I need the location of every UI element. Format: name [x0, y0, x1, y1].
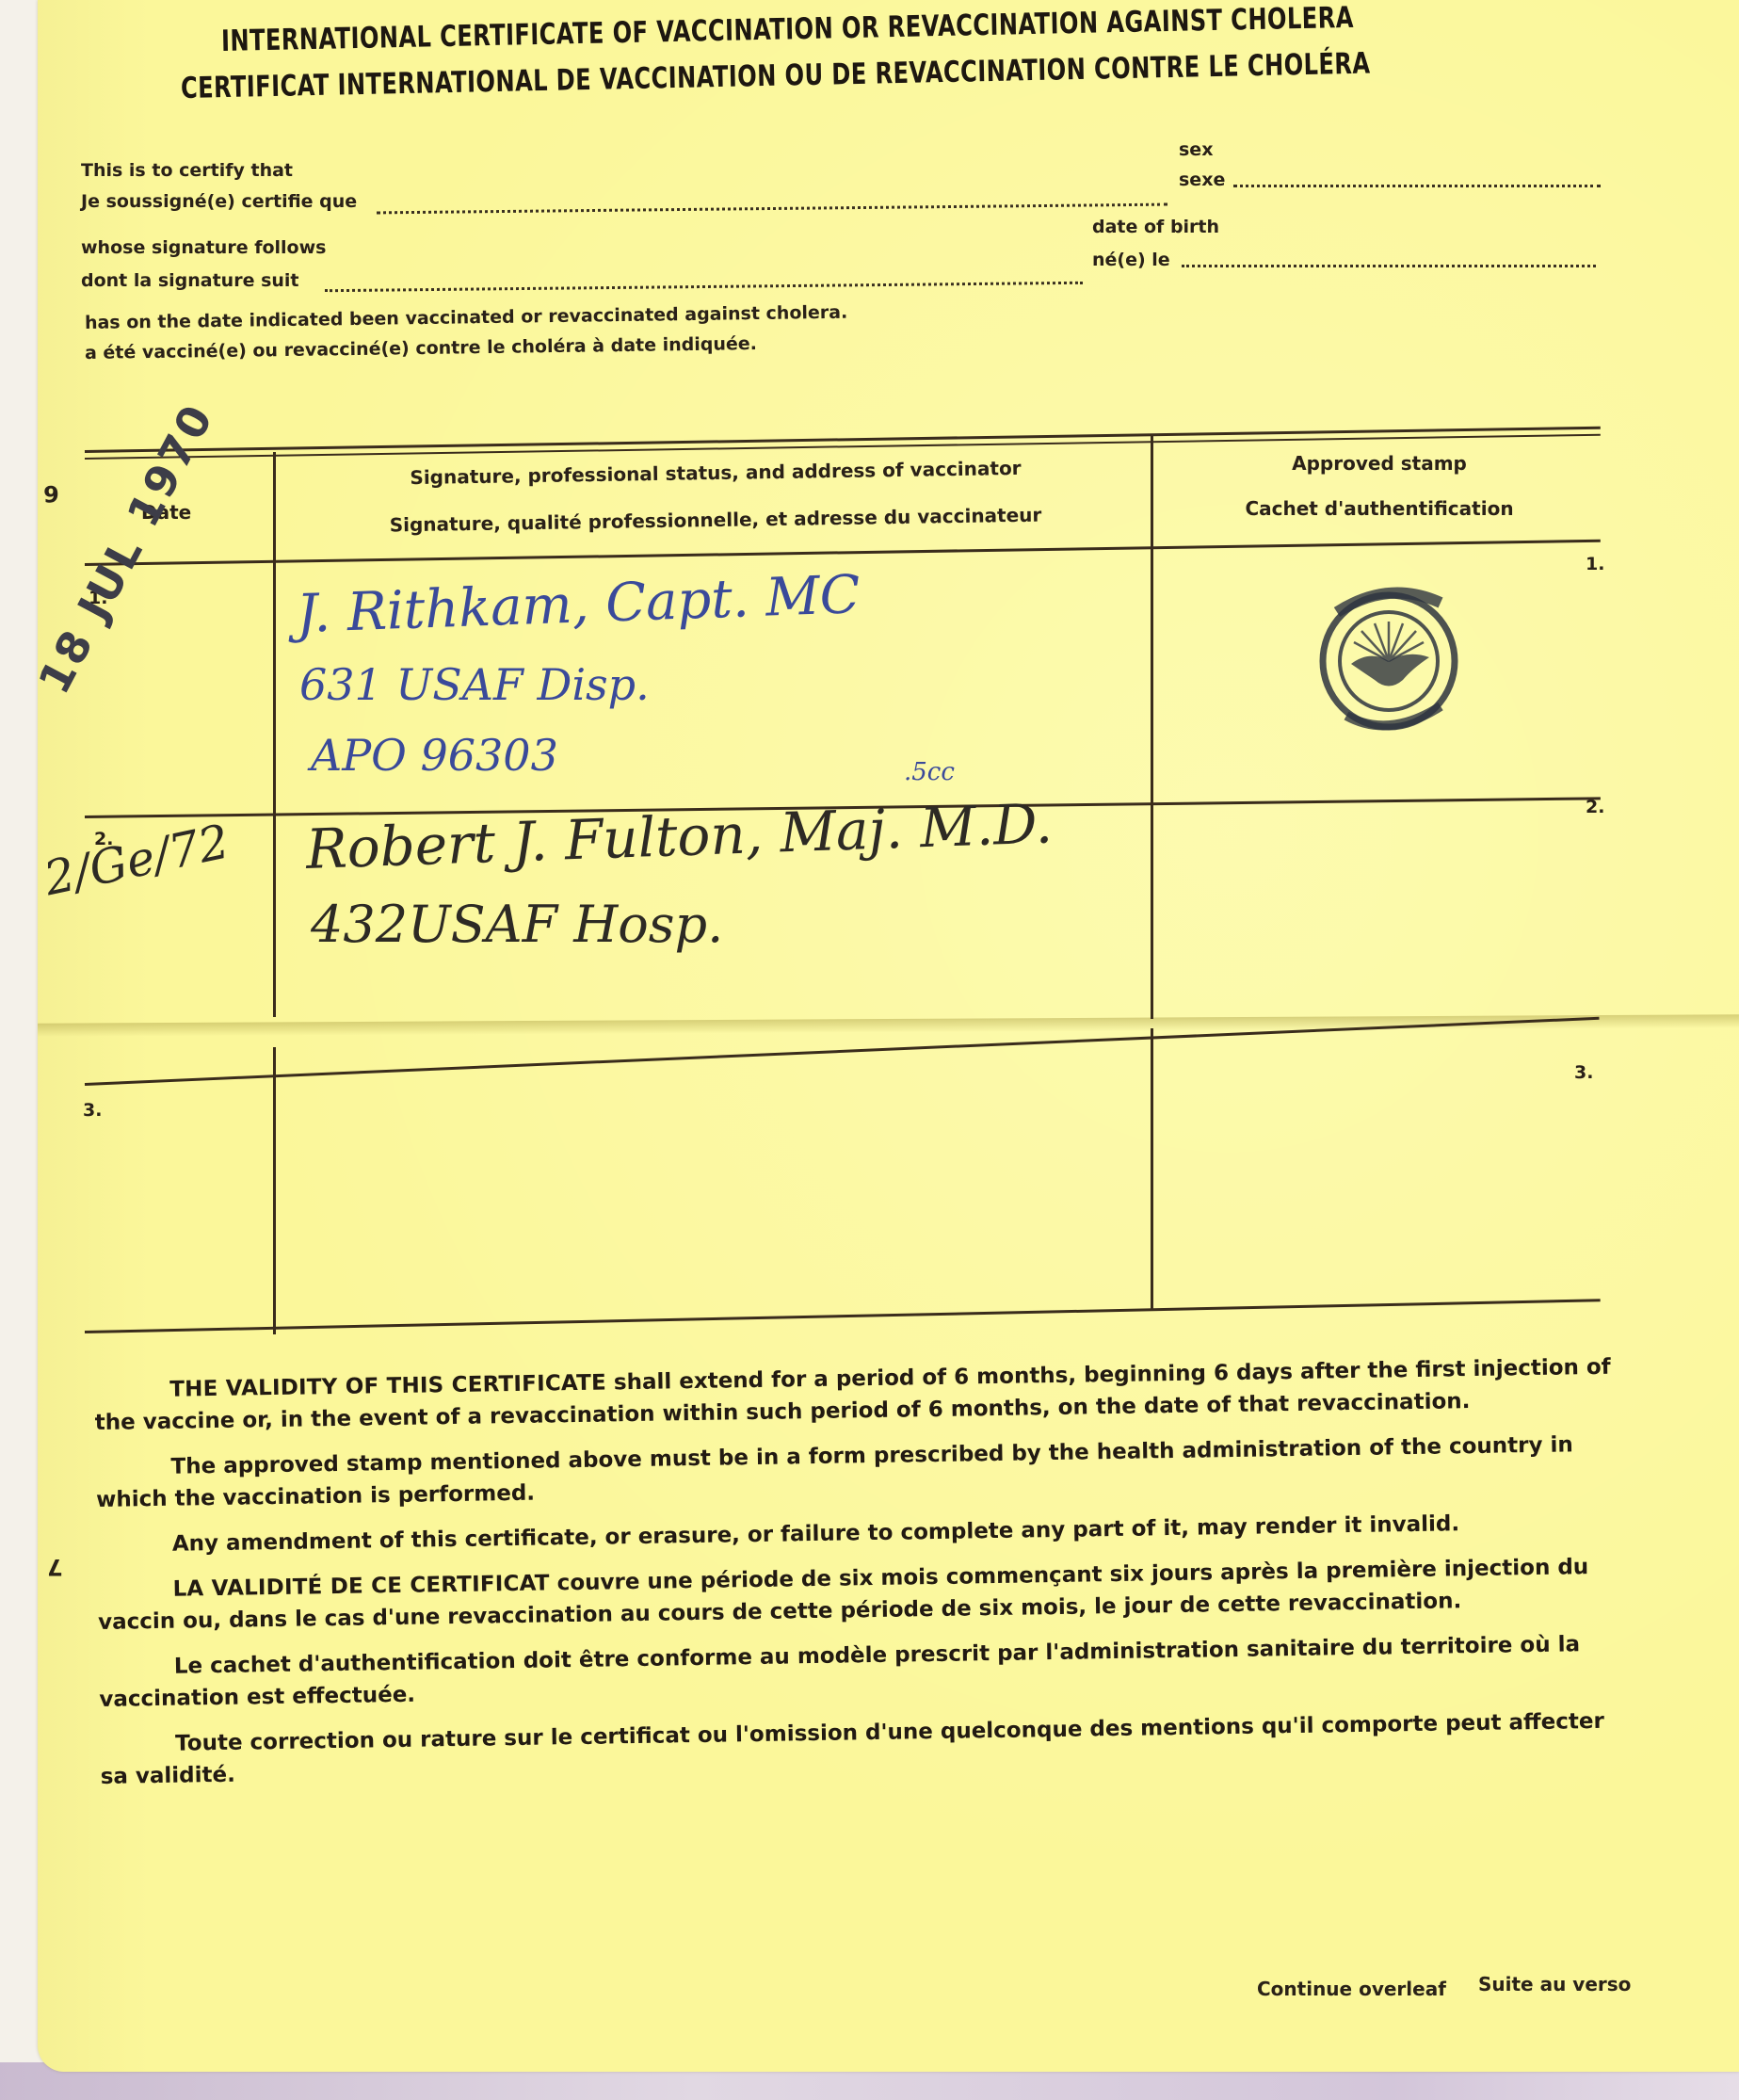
- stamp-note-en: The approved stamp mentioned above must …: [96, 1432, 1573, 1512]
- sex-label-fr: sexe: [1179, 170, 1225, 190]
- validity-notes: THE VALIDITY OF THIS CERTIFICATE shall e…: [94, 1351, 1626, 1806]
- vaccinator-line: 432USAF Hosp.: [311, 895, 723, 954]
- sex-field[interactable]: [1233, 185, 1601, 187]
- sex-label-en: sex: [1179, 139, 1213, 160]
- vaccinator-empty-field[interactable]: [282, 1092, 1144, 1318]
- header-stamp-fr: Cachet d'authentification: [1158, 497, 1601, 520]
- row-number-right: 1.: [1586, 554, 1604, 574]
- stamp-note-fr: Le cachet d'authentification doit être c…: [99, 1632, 1580, 1712]
- validity-fr-lead: LA VALIDITÉ DE CE CERTIFICAT: [172, 1571, 550, 1601]
- page-number-6: 6: [43, 480, 59, 507]
- suite-au-verso: Suite au verso: [1478, 1973, 1631, 1995]
- amend-note-en: Any amendment of this certificate, or er…: [172, 1511, 1460, 1556]
- validity-en-lead: THE VALIDITY OF THIS CERTIFICATE: [169, 1370, 606, 1401]
- dob-label-fr: né(e) le: [1092, 250, 1170, 270]
- header-stamp-en: Approved stamp: [1158, 452, 1601, 475]
- certify-label-en: This is to certify that: [81, 160, 293, 181]
- row-number: 3.: [83, 1100, 102, 1121]
- signature-label-fr: dont la signature suit: [81, 270, 299, 291]
- dod-seal-stamp-icon: [1309, 574, 1469, 735]
- page-number-7: 7: [47, 1554, 63, 1580]
- certify-label-fr: Je soussigné(e) certifie que: [81, 191, 357, 212]
- row-number-right: 2.: [1586, 797, 1604, 817]
- vaccinator-line: APO 96303: [311, 730, 558, 781]
- signature-label-en: whose signature follows: [81, 237, 326, 258]
- amend-note-fr: Toute correction ou rature sur le certif…: [101, 1709, 1605, 1789]
- dob-label-en: date of birth: [1092, 217, 1219, 237]
- stamp-empty-field[interactable]: [1158, 1074, 1591, 1300]
- continue-overleaf: Continue overleaf: [1257, 1978, 1446, 2000]
- vaccinator-line: 631 USAF Disp.: [299, 659, 650, 710]
- dob-field[interactable]: [1182, 265, 1596, 267]
- dose-note: .5cc: [904, 758, 955, 786]
